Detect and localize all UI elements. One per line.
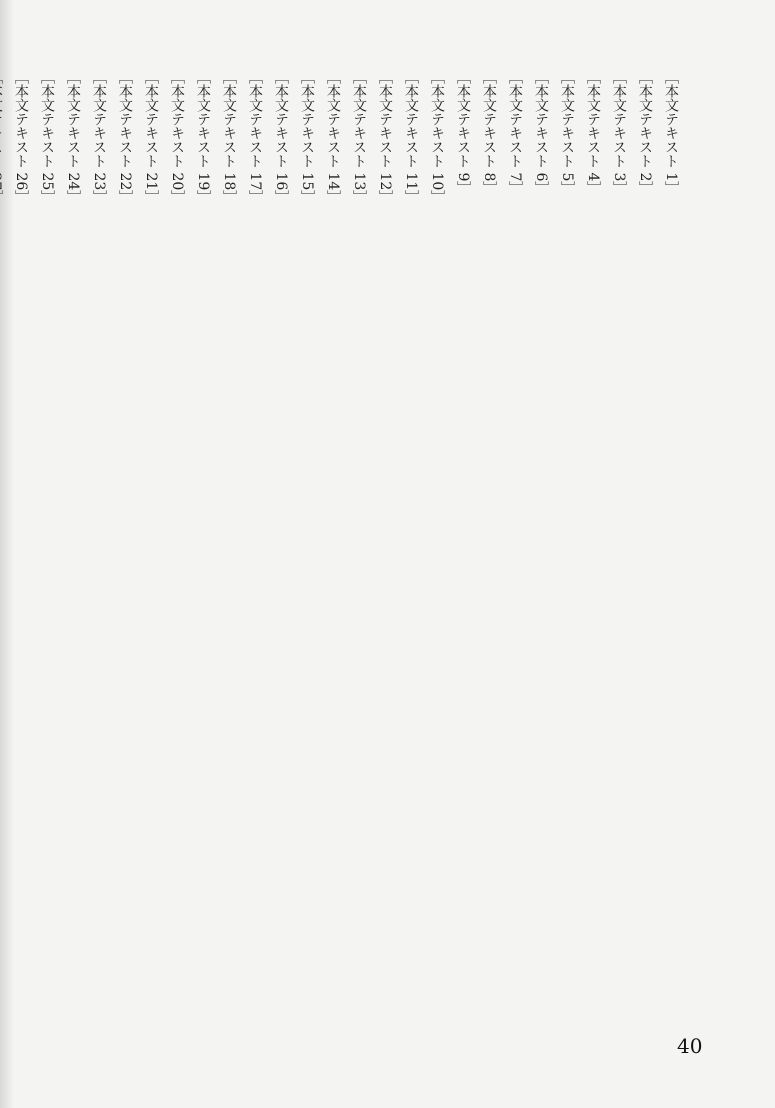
text-column: ［本文テキスト 7］ [506,70,524,630]
text-column: ［本文テキスト 26］ [12,70,30,630]
body-text: ［本文テキスト 1］ ［本文テキスト 2］ ［本文テキスト 3］ ［本文テキスト… [0,70,680,630]
text-column: ［本文テキスト 5］ [558,70,576,630]
text-column: ［本文テキスト 17］ [246,70,264,630]
text-column: ［本文テキスト 4］ [584,70,602,630]
text-column: ［本文テキスト 16］ [272,70,290,630]
text-column: ［本文テキスト 24］ [64,70,82,630]
text-column: ［本文テキスト 27］ [0,70,4,630]
text-column: ［本文テキスト 12］ [376,70,394,630]
text-column: ［本文テキスト 19］ [194,70,212,630]
text-column: ［本文テキスト 14］ [324,70,342,630]
text-column: ［本文テキスト 18］ [220,70,238,630]
text-column: ［本文テキスト 8］ [480,70,498,630]
text-column: ［本文テキスト 9］ [454,70,472,630]
text-column: ［本文テキスト 1］ [662,70,680,630]
text-column: ［本文テキスト 25］ [38,70,56,630]
text-column: ［本文テキスト 11］ [402,70,420,630]
text-column: ［本文テキスト 20］ [168,70,186,630]
page-number: 40 [677,1034,702,1058]
text-column: ［本文テキスト 21］ [142,70,160,630]
text-column: ［本文テキスト 10］ [428,70,446,630]
text-column: ［本文テキスト 2］ [636,70,654,630]
text-column: ［本文テキスト 22］ [116,70,134,630]
text-column: ［本文テキスト 13］ [350,70,368,630]
text-column: ［本文テキスト 23］ [90,70,108,630]
text-column: ［本文テキスト 6］ [532,70,550,630]
text-column: ［本文テキスト 3］ [610,70,628,630]
text-column: ［本文テキスト 15］ [298,70,316,630]
